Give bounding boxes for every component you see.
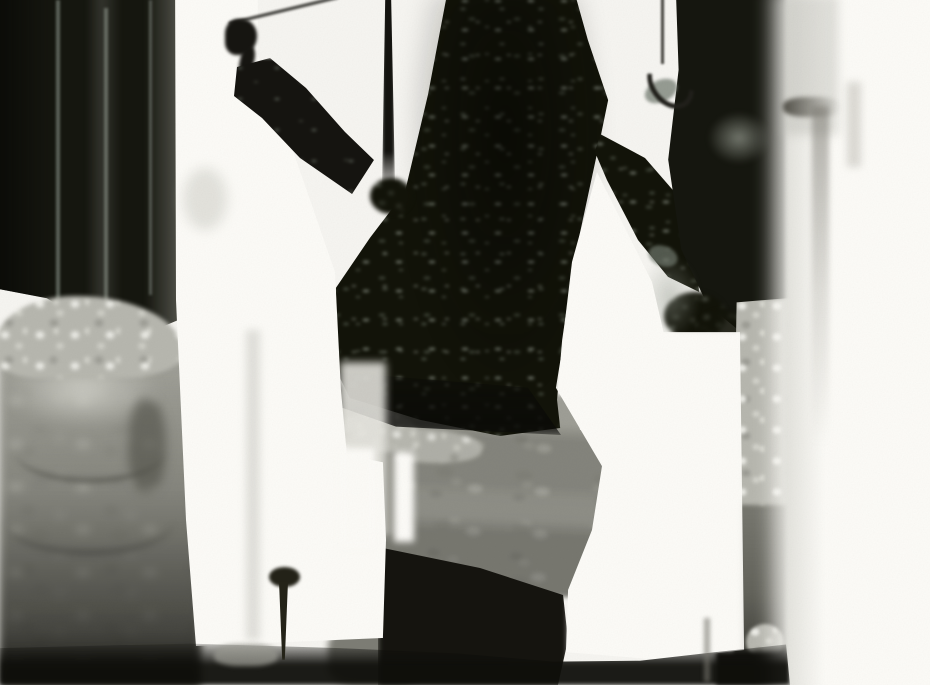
- picket-left-shade: [183, 168, 227, 230]
- light-notch-1: [340, 448, 375, 548]
- hedge-left-shading: [0, 0, 188, 344]
- hardware-shadow-streak: [847, 82, 861, 167]
- fence-wire-foot-leaves: [370, 178, 412, 214]
- hanging-wire: [661, 0, 664, 64]
- picket-left-seam: [246, 330, 260, 640]
- light-notch-2: [394, 452, 414, 542]
- stone-wall-seam-2: [4, 488, 174, 555]
- hardware-shadow-cross-v: [812, 106, 829, 446]
- foliage-highlight: [708, 112, 770, 164]
- hedge-stem-3: [149, 0, 152, 295]
- hedge-stem-1: [56, 0, 60, 300]
- photo: black-and-white photograph: [0, 0, 930, 685]
- stone-wall-dark-streak: [128, 398, 166, 493]
- fence-wire: [382, 0, 395, 196]
- hedge-stem-2: [104, 8, 108, 318]
- gravel-strip: [733, 298, 793, 516]
- ground-light-patch: [214, 644, 278, 666]
- bottom-stick: [704, 618, 710, 682]
